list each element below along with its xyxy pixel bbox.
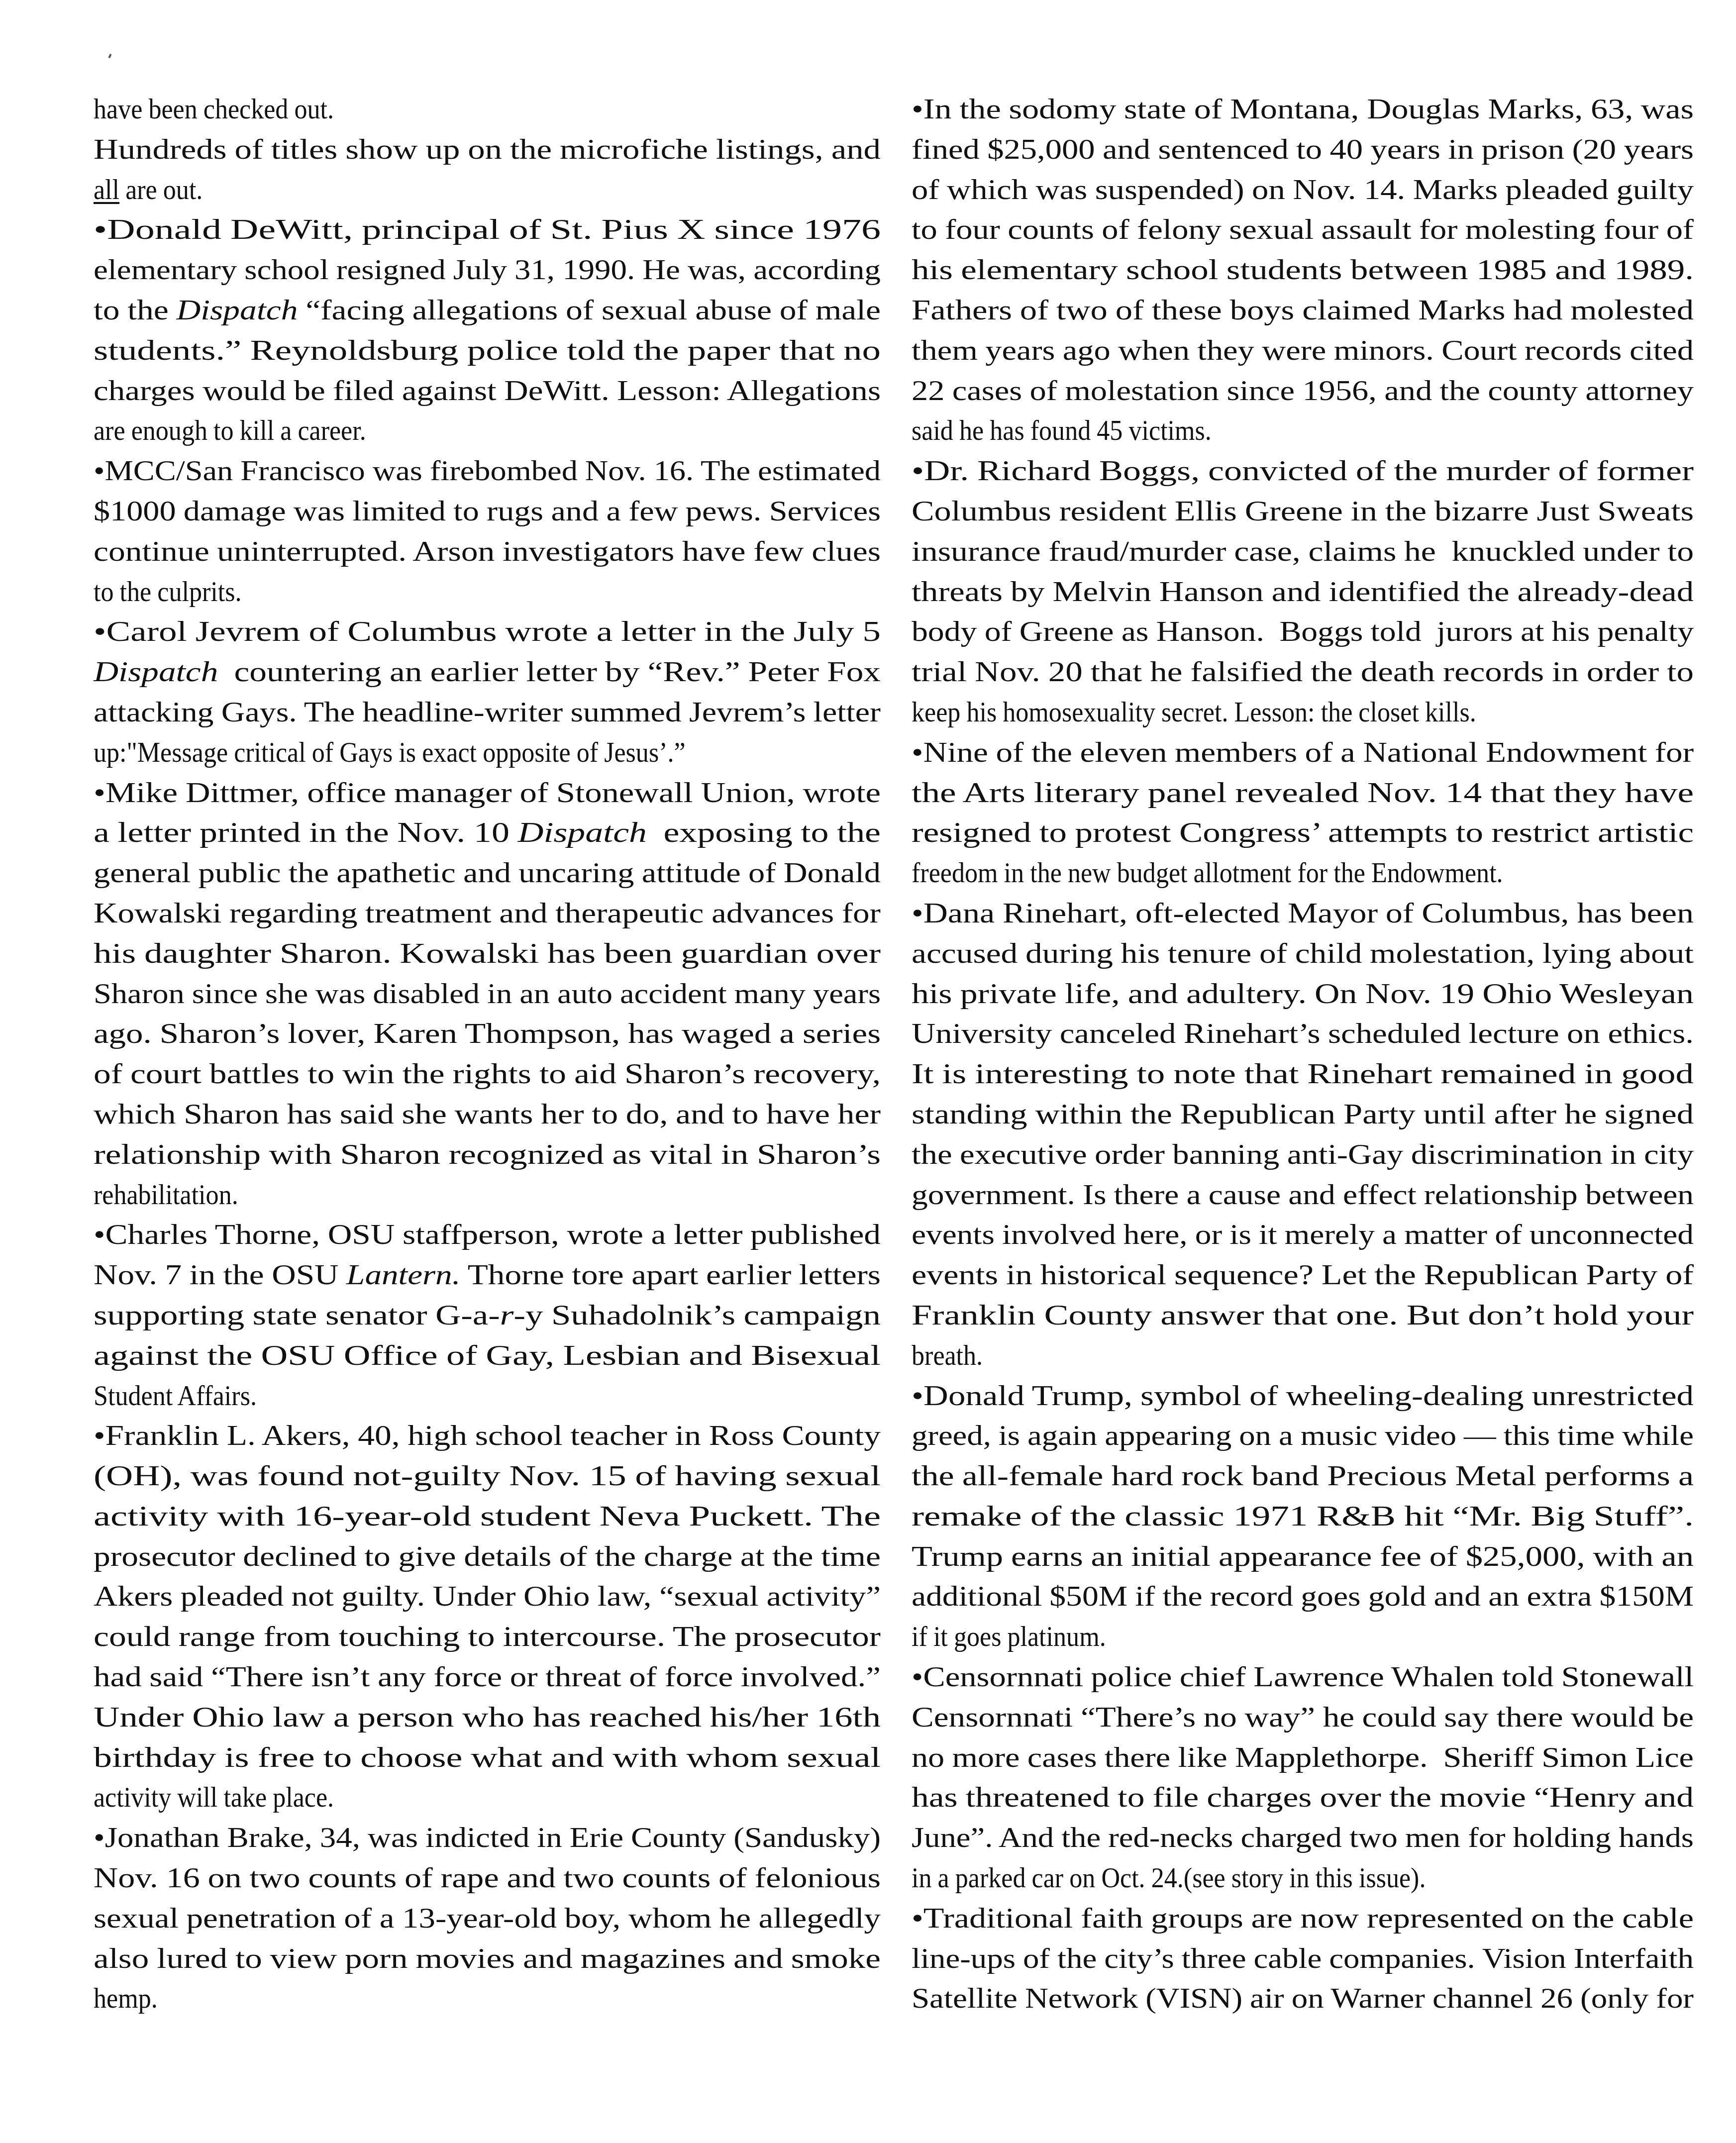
news-item-censornnati-police: •Censornnati police chief Lawrence Whale…: [912, 1657, 1694, 1899]
underlined-emphasis: all: [94, 175, 119, 205]
text-line: supporting state senator G-a-r-y Suhadol…: [94, 1296, 881, 1336]
text-line: government. Is there a cause and effect …: [912, 1175, 1694, 1216]
text-line: Akers pleaded not guilty. Under Ohio law…: [94, 1577, 881, 1617]
text-line: sexual penetration of a 13-year-old boy,…: [94, 1899, 881, 1939]
text-line: against the OSU Office of Gay, Lesbian a…: [94, 1336, 881, 1376]
left-column-body: have been checked out.Hundreds of titles…: [94, 90, 881, 2019]
text-line: to the culprits.: [94, 572, 881, 612]
text-line: trial Nov. 20 that he falsified the deat…: [912, 652, 1694, 693]
text-line: are enough to kill a career.: [94, 411, 881, 451]
text-line: the all-female hard rock band Precious M…: [912, 1456, 1694, 1497]
text-line: activity with 16-year-old student Neva P…: [94, 1497, 881, 1537]
right-column-body: •In the sodomy state of Montana, Douglas…: [912, 90, 1694, 2019]
text-line: has threatened to file charges over the …: [912, 1778, 1694, 1818]
news-item-carol-jevrem: •Carol Jevrem of Columbus wrote a letter…: [94, 612, 881, 773]
text-line: elementary school resigned July 31, 1990…: [94, 250, 881, 291]
news-item-donald-trump: •Donald Trump, symbol of wheeling-dealin…: [912, 1376, 1694, 1658]
news-item-richard-boggs: •Dr. Richard Boggs, convicted of the mur…: [912, 451, 1694, 733]
text-line: have been checked out.: [94, 90, 881, 130]
text-line: up:"Message critical of Gays is exact op…: [94, 733, 881, 773]
news-item-hundreds-of-titles: Hundreds of titles show up on the microf…: [94, 130, 881, 210]
text-line: could range from touching to intercourse…: [94, 1617, 881, 1657]
text-line: •Nine of the eleven members of a Nationa…: [912, 733, 1694, 773]
text-line: 22 cases of molestation since 1956, and …: [912, 371, 1694, 411]
text-line: continue uninterrupted. Arson investigat…: [94, 532, 881, 572]
text-line: freedom in the new budget allotment for …: [912, 853, 1694, 894]
italic-title: Dispatch: [518, 817, 647, 848]
text-line: students.” Reynoldsburg police told the …: [94, 331, 881, 371]
text-line: additional $50M if the record goes gold …: [912, 1577, 1694, 1617]
text-line: •Jonathan Brake, 34, was indicted in Eri…: [94, 1818, 881, 1858]
text-line: events in historical sequence? Let the R…: [912, 1255, 1694, 1296]
text-line: Under Ohio law a person who has reached …: [94, 1698, 881, 1738]
news-item-mike-dittmer: •Mike Dittmer, office manager of Stonewa…: [94, 773, 881, 1216]
text-line: activity will take place.: [94, 1778, 881, 1818]
text-line: accused during his tenure of child moles…: [912, 934, 1694, 974]
text-line: •MCC/San Francisco was firebombed Nov. 1…: [94, 451, 881, 492]
text-line: insurance fraud/murder case, claims he k…: [912, 532, 1694, 572]
text-line: standing within the Republican Party unt…: [912, 1095, 1694, 1135]
text-line: Satellite Network (VISN) air on Warner c…: [912, 1979, 1694, 2019]
text-line: in a parked car on Oct. 24.(see story in…: [912, 1858, 1694, 1899]
text-line: $1000 damage was limited to rugs and a f…: [94, 492, 881, 532]
news-item-nea-panel: •Nine of the eleven members of a Nationa…: [912, 733, 1694, 894]
text-line: Nov. 16 on two counts of rape and two co…: [94, 1858, 881, 1899]
text-line: threats by Melvin Hanson and identified …: [912, 572, 1694, 612]
text-line: had said “There isn’t any force or threa…: [94, 1657, 881, 1698]
text-line: •Carol Jevrem of Columbus wrote a letter…: [94, 612, 881, 652]
text-line: Dispatch countering an earlier letter by…: [94, 652, 881, 693]
text-line: to the Dispatch “facing allegations of s…: [94, 291, 881, 331]
italic-title: Dispatch: [176, 295, 298, 326]
news-item-jonathan-brake: •Jonathan Brake, 34, was indicted in Eri…: [94, 1818, 881, 2019]
text-line: •Censornnati police chief Lawrence Whale…: [912, 1657, 1694, 1698]
news-item-charles-thorne: •Charles Thorne, OSU staffperson, wrote …: [94, 1215, 881, 1416]
text-line: rehabilitation.: [94, 1175, 881, 1216]
text-line: Nov. 7 in the OSU Lantern. Thorne tore a…: [94, 1255, 881, 1296]
text-line: a letter printed in the Nov. 10 Dispatch…: [94, 813, 881, 853]
text-line: general public the apathetic and uncarin…: [94, 853, 881, 894]
text-line: prosecutor declined to give details of t…: [94, 1537, 881, 1577]
text-line: if it goes platinum.: [912, 1617, 1694, 1657]
text-line: greed, is again appearing on a music vid…: [912, 1416, 1694, 1456]
text-line: keep his homosexuality secret. Lesson: t…: [912, 693, 1694, 733]
text-line: •Donald Trump, symbol of wheeling-dealin…: [912, 1376, 1694, 1417]
text-line: •Traditional faith groups are now repres…: [912, 1899, 1694, 1939]
text-line: his daughter Sharon. Kowalski has been g…: [94, 934, 881, 974]
italic-title: Lantern.: [346, 1260, 460, 1291]
news-item-dana-rinehart: •Dana Rinehart, oft-elected Mayor of Col…: [912, 894, 1694, 1376]
text-line: resigned to protest Congress’ attempts t…: [912, 813, 1694, 853]
text-line: the executive order banning anti-Gay dis…: [912, 1135, 1694, 1175]
text-line: ago. Sharon’s lover, Karen Thompson, has…: [94, 1014, 881, 1054]
text-line: Franklin County answer that one. But don…: [912, 1296, 1694, 1336]
text-line: •Charles Thorne, OSU staffperson, wrote …: [94, 1215, 881, 1255]
text-line: Student Affairs.: [94, 1376, 881, 1417]
text-line: also lured to view porn movies and magaz…: [94, 1939, 881, 1979]
text-line: to four counts of felony sexual assault …: [912, 210, 1694, 250]
text-line: •Franklin L. Akers, 40, high school teac…: [94, 1416, 881, 1456]
text-line: fined $25,000 and sentenced to 40 years …: [912, 130, 1694, 170]
text-line: Columbus resident Ellis Greene in the bi…: [912, 492, 1694, 532]
text-line: of which was suspended) on Nov. 14. Mark…: [912, 170, 1694, 210]
text-line: •Mike Dittmer, office manager of Stonewa…: [94, 773, 881, 814]
text-line: breath.: [912, 1336, 1694, 1376]
text-line: Censornnati “There’s no way” he could sa…: [912, 1698, 1694, 1738]
text-line: birthday is free to choose what and with…: [94, 1738, 881, 1778]
news-item-mcc-san-francisco: •MCC/San Francisco was firebombed Nov. 1…: [94, 451, 881, 612]
text-line: no more cases there like Mapplethorpe. S…: [912, 1738, 1694, 1778]
text-line: It is interesting to note that Rinehart …: [912, 1054, 1694, 1095]
italic-title: r: [500, 1300, 514, 1331]
left-column: have been checked out.Hundreds of titles…: [94, 90, 881, 2019]
text-line: his private life, and adultery. On Nov. …: [912, 974, 1694, 1015]
text-line: attacking Gays. The headline-writer summ…: [94, 693, 881, 733]
text-line: relationship with Sharon recognized as v…: [94, 1135, 881, 1175]
news-item-dewitt: •Donald DeWitt, principal of St. Pius X …: [94, 210, 881, 451]
text-line: all are out.: [94, 170, 881, 210]
text-line: the Arts literary panel revealed Nov. 14…: [912, 773, 1694, 814]
text-line: Sharon since she was disabled in an auto…: [94, 974, 881, 1015]
text-line: •Donald DeWitt, principal of St. Pius X …: [94, 210, 881, 250]
text-line: •Dana Rinehart, oft-elected Mayor of Col…: [912, 894, 1694, 934]
text-line: hemp.: [94, 1979, 881, 2019]
text-line: Kowalski regarding treatment and therape…: [94, 894, 881, 934]
italic-title: Dispatch: [94, 657, 218, 688]
text-line: June”. And the red-necks charged two men…: [912, 1818, 1694, 1858]
text-line: his elementary school students between 1…: [912, 250, 1694, 291]
news-item-franklin-akers: •Franklin L. Akers, 40, high school teac…: [94, 1416, 881, 1818]
text-line: body of Greene as Hanson. Boggs told jur…: [912, 612, 1694, 652]
text-line: University canceled Rinehart’s scheduled…: [912, 1014, 1694, 1054]
text-line: •Dr. Richard Boggs, convicted of the mur…: [912, 451, 1694, 492]
news-item-douglas-marks: •In the sodomy state of Montana, Douglas…: [912, 90, 1694, 451]
text-line: Hundreds of titles show up on the microf…: [94, 130, 881, 170]
news-item-traditional-faith: •Traditional faith groups are now repres…: [912, 1899, 1694, 2019]
text-line: (OH), was found not-guilty Nov. 15 of ha…: [94, 1456, 881, 1497]
text-line: said he has found 45 victims.: [912, 411, 1694, 451]
text-line: line-ups of the city’s three cable compa…: [912, 1939, 1694, 1979]
text-line: •In the sodomy state of Montana, Douglas…: [912, 90, 1694, 130]
text-line: charges would be filed against DeWitt. L…: [94, 371, 881, 411]
text-line: Trump earns an initial appearance fee of…: [912, 1537, 1694, 1577]
news-item-continued-checked-out: have been checked out.: [94, 90, 881, 130]
text-line: Fathers of two of these boys claimed Mar…: [912, 291, 1694, 331]
text-line: remake of the classic 1971 R&B hit “Mr. …: [912, 1497, 1694, 1537]
text-line: them years ago when they were minors. Co…: [912, 331, 1694, 371]
text-line: of court battles to win the rights to ai…: [94, 1054, 881, 1095]
scan-speck: [108, 54, 111, 59]
text-line: which Sharon has said she wants her to d…: [94, 1095, 881, 1135]
text-line: events involved here, or is it merely a …: [912, 1215, 1694, 1255]
right-column: •In the sodomy state of Montana, Douglas…: [912, 90, 1694, 2019]
